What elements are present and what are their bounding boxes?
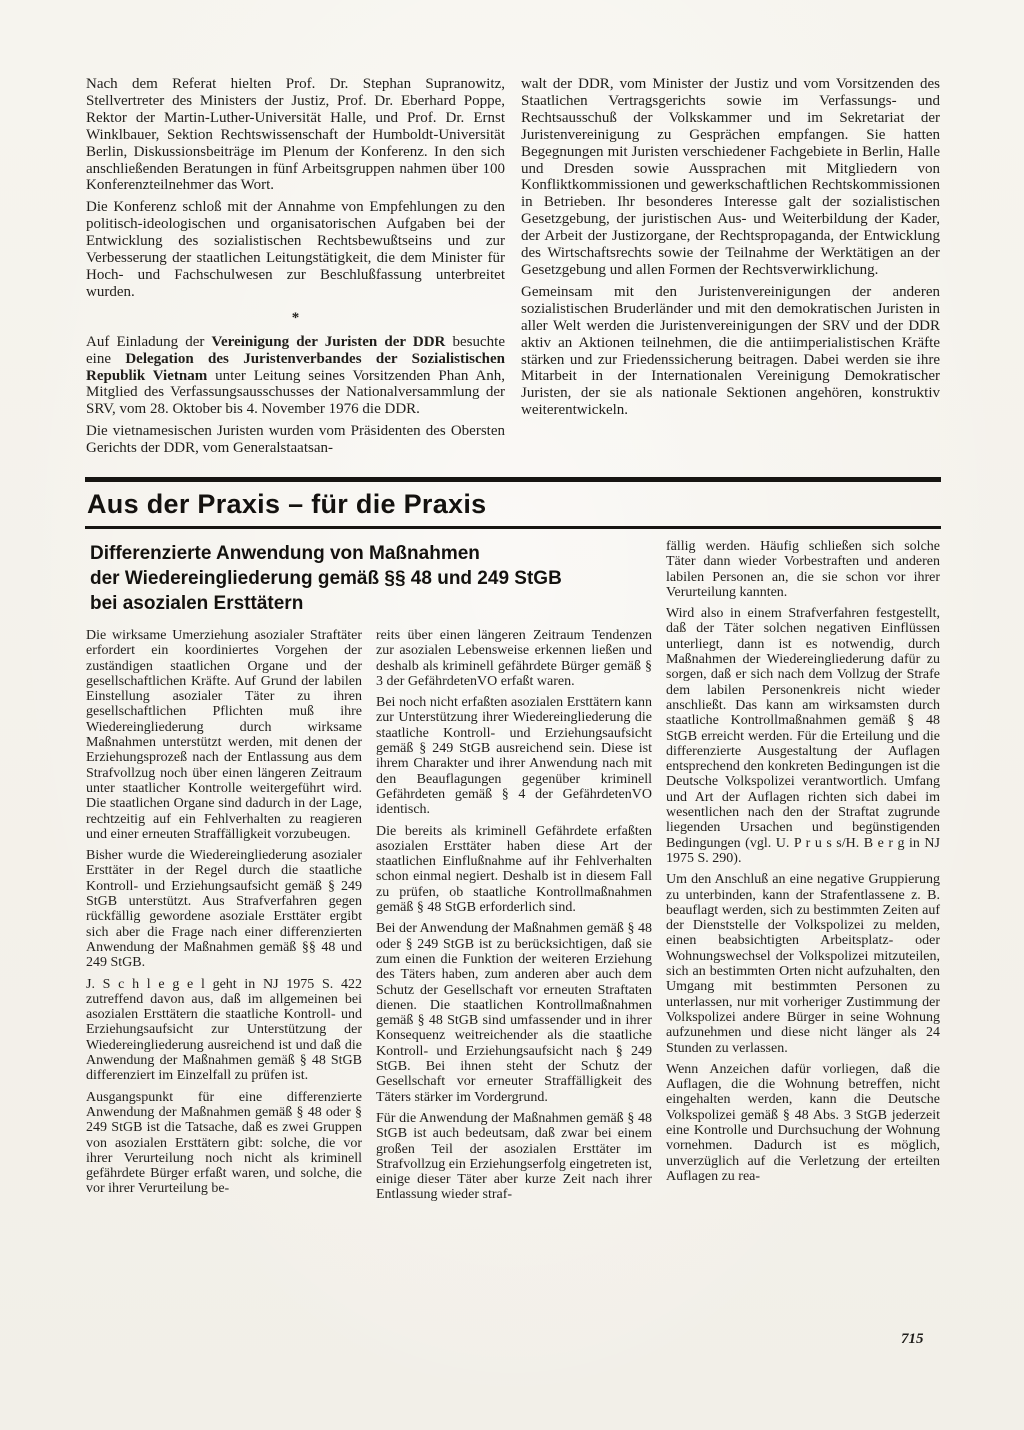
paragraph: Die wirksame Umerziehung asozialer Straf… [86,628,362,842]
paragraph: reits über einen längeren Zeitraum Tende… [376,628,652,689]
section-title: Aus der Praxis – für die Praxis [87,489,941,520]
article-title: Differenzierte Anwendung von Maßnahmen d… [90,541,652,616]
paragraph: Die bereits als kriminell Gefährdete erf… [376,824,652,916]
paragraph: Ausgangspunkt für eine differenzierte An… [86,1090,362,1197]
page-number: 715 [901,1331,924,1348]
paragraph: Wenn Anzeichen dafür vorliegen, daß die … [666,1062,940,1184]
paragraph: fällig werden. Häufig schließen sich sol… [666,539,940,600]
article-title-line: Differenzierte Anwendung von Maßnahmen [90,543,480,564]
top-right-column: walt der DDR, vom Minister der Justiz un… [521,76,940,462]
bottom-rule [85,526,941,529]
paragraph: walt der DDR, vom Minister der Justiz un… [521,76,940,279]
paragraph: J. S c h l e g e l geht in NJ 1975 S. 42… [86,977,362,1084]
article-column-2: reits über einen längeren Zeitraum Tende… [376,628,652,1209]
article-title-line: bei asozialen Ersttätern [90,593,303,614]
top-left-column: Nach dem Referat hielten Prof. Dr. Steph… [86,76,505,462]
section-header: Aus der Praxis – für die Praxis [85,477,941,529]
paragraph: Bisher wurde die Wiedereingliederung aso… [86,848,362,970]
paragraph: Wird also in einem Strafverfahren festge… [666,606,940,866]
article-left-area: Differenzierte Anwendung von Maßnahmen d… [86,539,652,1209]
paragraph: Nach dem Referat hielten Prof. Dr. Steph… [86,76,505,194]
article-column-3: fällig werden. Häufig schließen sich sol… [666,539,940,1209]
paragraph: Bei noch nicht erfaßten asozialen Ersttä… [376,695,652,817]
article: Differenzierte Anwendung von Maßnahmen d… [86,539,940,1209]
text-segment: Auf Einladung der [86,334,212,350]
article-column-1: Die wirksame Umerziehung asozialer Straf… [86,628,362,1209]
article-title-line: der Wiedereingliederung gemäß §§ 48 und … [90,568,562,589]
paragraph: Für die Anwendung der Maßnahmen gemäß § … [376,1111,652,1203]
asterisk-separator: * [86,310,505,327]
journal-page: Nach dem Referat hielten Prof. Dr. Steph… [0,0,1024,1430]
paragraph: Bei der Anwendung der Maßnahmen gemäß § … [376,921,652,1105]
top-news-section: Nach dem Referat hielten Prof. Dr. Steph… [86,76,940,462]
paragraph: Die vietnamesischen Juristen wurden vom … [86,423,505,457]
paragraph: Um den Anschluß an eine negative Gruppie… [666,872,940,1056]
top-rule [85,477,941,482]
article-columns-1-2: Die wirksame Umerziehung asozialer Straf… [86,628,652,1209]
bold-text-segment: Vereinigung der Juristen der DDR [212,334,446,350]
paragraph: Die Konferenz schloß mit der Annahme von… [86,199,505,300]
paragraph: Auf Einladung der Vereinigung der Jurist… [86,334,505,419]
paragraph: Gemeinsam mit den Juristenvereinigungen … [521,284,940,419]
